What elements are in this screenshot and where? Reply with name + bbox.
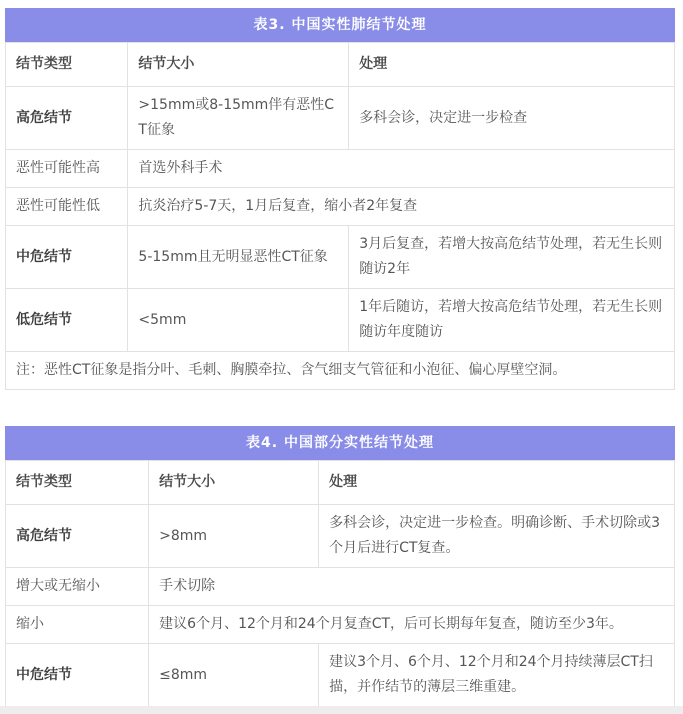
cell-nodule-size: <5mm (128, 289, 349, 352)
table-4: 结节类型 结节大小 处理 高危结节 >8mm 多科会诊，决定进一步检查。明确诊断… (5, 460, 675, 706)
col-header-management: 处理 (349, 43, 675, 87)
table-row: 中危结节 5-15mm且无明显恶性CT征象 3月后复查，若增大按高危结节处理，若… (6, 226, 675, 289)
table-4-header-row: 结节类型 结节大小 处理 (6, 461, 675, 505)
col-header-nodule-type: 结节类型 (6, 461, 149, 505)
cell-nodule-type: 中危结节 (6, 644, 149, 707)
cell-nodule-type: 高危结节 (6, 87, 128, 150)
cell-nodule-size: 5-15mm且无明显恶性CT征象 (128, 226, 349, 289)
col-header-nodule-type: 结节类型 (6, 43, 128, 87)
cell-management: 多科会诊，决定进一步检查。明确诊断、手术切除或3个月后进行CT复查。 (319, 505, 675, 568)
cell-management: 首选外科手术 (128, 150, 675, 188)
cell-nodule-size: ≤8mm (149, 644, 319, 707)
cell-nodule-type: 增大或无缩小 (6, 568, 149, 606)
cell-nodule-type: 恶性可能性低 (6, 188, 128, 226)
cell-management: 多科会诊，决定进一步检查 (349, 87, 675, 150)
table-row: 恶性可能性高 首选外科手术 (6, 150, 675, 188)
cell-management: 手术切除 (149, 568, 675, 606)
table-note-row: 注：恶性CT征象是指分叶、毛刺、胸膜牵拉、含气细支气管征和小泡征、偏心厚壁空洞。 (6, 352, 675, 390)
cell-management: 建议3个月、6个月、12个月和24个月持续薄层CT扫描，并作结节的薄层三维重建。 (319, 644, 675, 707)
cell-nodule-type: 缩小 (6, 606, 149, 644)
table-row: 增大或无缩小 手术切除 (6, 568, 675, 606)
cell-nodule-type: 恶性可能性高 (6, 150, 128, 188)
page: 表3. 中国实性肺结节处理 结节类型 结节大小 处理 高危结节 >15mm或8-… (0, 0, 683, 706)
table-row: 高危结节 >8mm 多科会诊，决定进一步检查。明确诊断、手术切除或3个月后进行C… (6, 505, 675, 568)
cell-management: 抗炎治疗5-7天，1月后复查，缩小者2年复查 (128, 188, 675, 226)
table-row: 恶性可能性低 抗炎治疗5-7天，1月后复查，缩小者2年复查 (6, 188, 675, 226)
cell-management: 3月后复查，若增大按高危结节处理，若无生长则随访2年 (349, 226, 675, 289)
table-3-block: 表3. 中国实性肺结节处理 结节类型 结节大小 处理 高危结节 >15mm或8-… (5, 8, 675, 390)
table-3-title: 表3. 中国实性肺结节处理 (5, 8, 675, 42)
table-note: 注：恶性CT征象是指分叶、毛刺、胸膜牵拉、含气细支气管征和小泡征、偏心厚壁空洞。 (6, 352, 675, 390)
table-3: 结节类型 结节大小 处理 高危结节 >15mm或8-15mm伴有恶性CT征象 多… (5, 42, 675, 390)
table-3-header-row: 结节类型 结节大小 处理 (6, 43, 675, 87)
cell-nodule-size: >8mm (149, 505, 319, 568)
cell-nodule-type: 高危结节 (6, 505, 149, 568)
cell-nodule-type: 低危结节 (6, 289, 128, 352)
table-4-block: 表4. 中国部分实性结节处理 结节类型 结节大小 处理 高危结节 >8mm 多科… (5, 426, 675, 706)
table-row: 中危结节 ≤8mm 建议3个月、6个月、12个月和24个月持续薄层CT扫描，并作… (6, 644, 675, 707)
col-header-nodule-size: 结节大小 (149, 461, 319, 505)
table-row: 缩小 建议6个月、12个月和24个月复查CT，后可长期每年复查，随访至少3年。 (6, 606, 675, 644)
col-header-nodule-size: 结节大小 (128, 43, 349, 87)
cell-management: 建议6个月、12个月和24个月复查CT，后可长期每年复查，随访至少3年。 (149, 606, 675, 644)
cell-nodule-size: >15mm或8-15mm伴有恶性CT征象 (128, 87, 349, 150)
cell-nodule-type: 中危结节 (6, 226, 128, 289)
table-row: 高危结节 >15mm或8-15mm伴有恶性CT征象 多科会诊，决定进一步检查 (6, 87, 675, 150)
table-row: 低危结节 <5mm 1年后随访，若增大按高危结节处理，若无生长则随访年度随访 (6, 289, 675, 352)
table-4-title: 表4. 中国部分实性结节处理 (5, 426, 675, 460)
cell-management: 1年后随访，若增大按高危结节处理，若无生长则随访年度随访 (349, 289, 675, 352)
col-header-management: 处理 (319, 461, 675, 505)
